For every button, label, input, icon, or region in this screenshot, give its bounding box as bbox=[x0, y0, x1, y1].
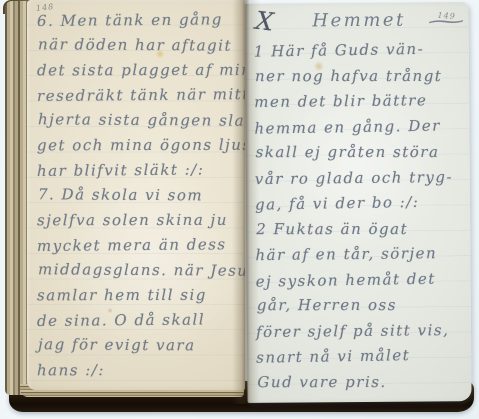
handwritten-line: hjerta sista gången sla- bbox=[38, 107, 245, 134]
handwritten-line: det sista plagget af min bbox=[37, 58, 245, 84]
handwritten-line: förer sjelf på sitt vis, bbox=[256, 317, 454, 345]
handwritten-line: skall ej gråten störa bbox=[256, 140, 454, 166]
handwritten-line: samlar hem till sig bbox=[37, 283, 245, 309]
handwritten-line: men det blir bättre bbox=[254, 88, 452, 116]
handwritten-line: ga, få vi der bo :/: bbox=[255, 189, 454, 218]
handwritten-line: har blifvit släkt :/: bbox=[37, 157, 245, 184]
page-title: Hemmet bbox=[312, 8, 406, 35]
handwritten-line: de sina. O då skall bbox=[37, 307, 245, 334]
handwritten-line: middagsglans. när Jesus bbox=[38, 257, 245, 284]
handwritten-line: mycket mera än dess bbox=[37, 232, 245, 259]
right-page-header: X Hemmet ~ bbox=[255, 7, 435, 34]
handwritten-line: Gud vare pris. bbox=[257, 369, 455, 395]
handwritten-line: ner nog hafva trångt bbox=[255, 63, 453, 89]
handwritten-line: 2 Fuktas än ögat bbox=[256, 216, 454, 242]
handwritten-line: get och mina ögons ljus bbox=[37, 133, 245, 159]
handwritten-line: resedräkt tänk när mitt bbox=[37, 82, 245, 109]
handwritten-line: här af en tår, sörjen bbox=[255, 241, 453, 269]
handwritten-line: går, Herren oss bbox=[257, 293, 455, 319]
title-flourish: ~ bbox=[424, 9, 469, 35]
handwritten-line: 1 Här få Guds vän- bbox=[254, 36, 453, 65]
cross-mark: X bbox=[254, 8, 275, 36]
right-page: 149 X Hemmet ~ 1 Här få Guds vän- ner no… bbox=[244, 2, 471, 403]
left-page: 148 6. Men tänk en gång när döden har af… bbox=[27, 0, 245, 390]
handwritten-line: snart nå vi målet bbox=[256, 342, 455, 371]
handwritten-line: 6. Men tänk en gång bbox=[37, 7, 245, 34]
handwritten-line: sjelfva solen skina ju bbox=[37, 208, 245, 234]
handwritten-line: ej syskon hemåt det bbox=[255, 266, 454, 295]
handwritten-line: hans :/: bbox=[37, 358, 245, 384]
handwritten-line: när döden har aftagit bbox=[38, 32, 245, 59]
diary-photo: 148 6. Men tänk en gång när döden har af… bbox=[0, 0, 479, 419]
handwritten-line: vår ro glada och tryg- bbox=[255, 164, 453, 192]
left-page-text: 6. Men tänk en gång när döden har aftagi… bbox=[37, 8, 245, 383]
right-page-text: 1 Här få Guds vän- ner nog hafva trångt … bbox=[254, 37, 455, 396]
handwritten-line: jag för evigt vara bbox=[38, 332, 245, 359]
handwritten-line: hemma en gång. Der bbox=[254, 113, 453, 142]
handwritten-line: 7. Då skola vi som bbox=[38, 182, 245, 209]
